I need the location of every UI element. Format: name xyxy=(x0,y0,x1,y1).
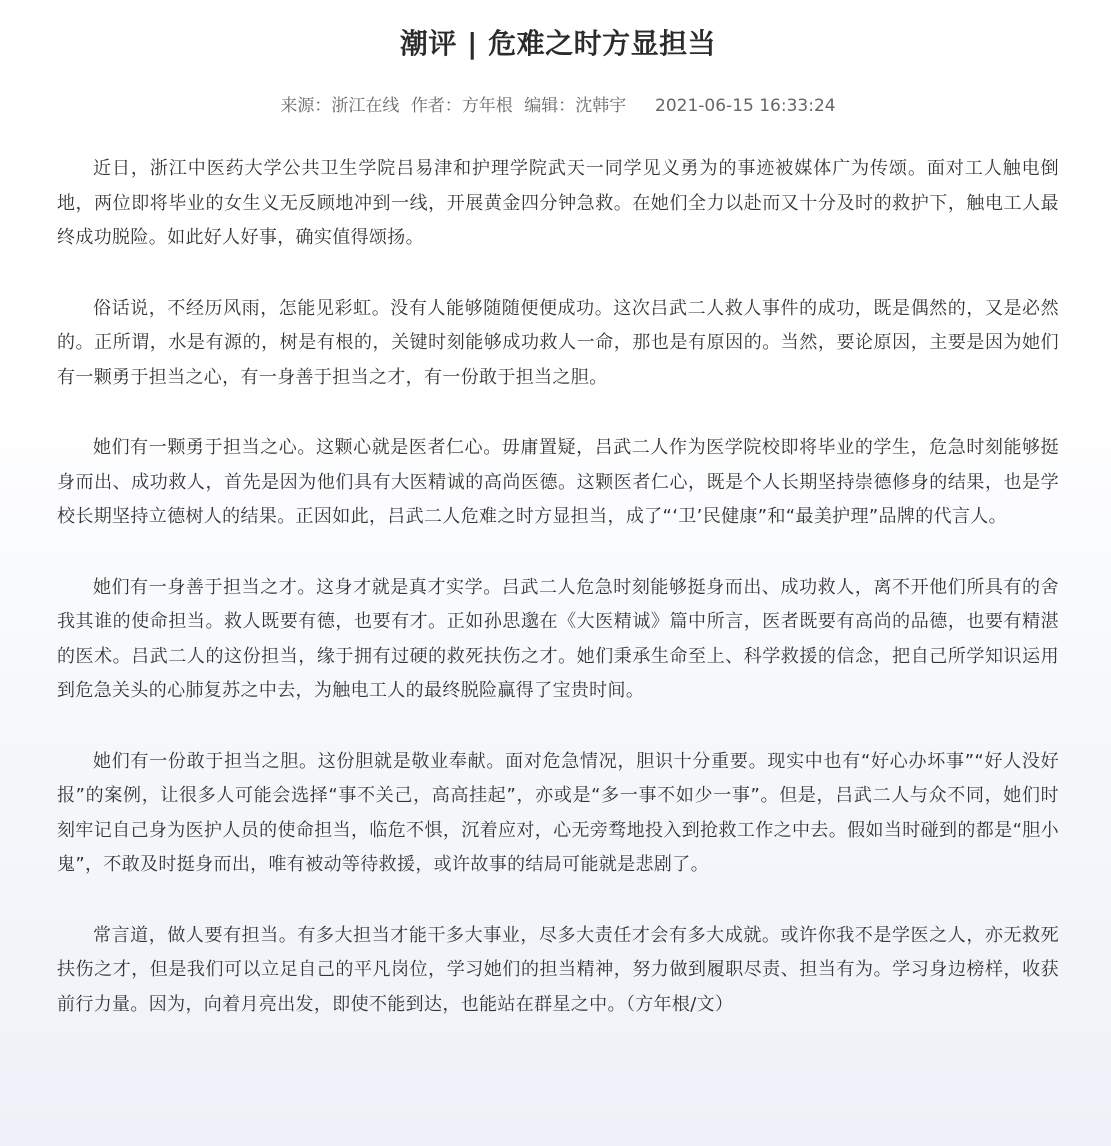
article-paragraph-6: 常言道，做人要有担当。有多大担当才能干多大事业，尽多大责任才会有多大成就。或许你… xyxy=(57,919,1059,1023)
article-paragraph-4: 她们有一身善于担当之才。这身才就是真才实学。吕武二人危急时刻能够挺身而出、成功救… xyxy=(57,571,1059,709)
meta-author-label: 作者： xyxy=(411,96,462,116)
meta-editor: 编辑：沈韩宇 xyxy=(524,96,626,116)
article-paragraph-5: 她们有一份敢于担当之胆。这份胆就是敬业奉献。面对危急情况，胆识十分重要。现实中也… xyxy=(57,745,1059,883)
article: 潮评 | 危难之时方显担当 来源：浙江在线 作者：方年根 编辑：沈韩宇 2021… xyxy=(0,0,1111,1022)
meta-source: 来源：浙江在线 xyxy=(280,96,399,116)
article-paragraph-1: 近日，浙江中医药大学公共卫生学院吕易津和护理学院武天一同学见义勇为的事迹被媒体广… xyxy=(57,152,1059,256)
meta-editor-value: 沈韩宇 xyxy=(575,96,626,116)
article-paragraph-3: 她们有一颗勇于担当之心。这颗心就是医者仁心。毋庸置疑，吕武二人作为医学院校即将毕… xyxy=(57,431,1059,535)
meta-editor-label: 编辑： xyxy=(524,96,575,116)
meta-datetime: 2021-06-15 16:33:24 xyxy=(655,96,836,116)
article-body: 近日，浙江中医药大学公共卫生学院吕易津和护理学院武天一同学见义勇为的事迹被媒体广… xyxy=(57,152,1059,1022)
article-title: 潮评 | 危难之时方显担当 xyxy=(57,0,1059,64)
meta-author-value: 方年根 xyxy=(462,96,513,116)
article-paragraph-2: 俗话说，不经历风雨，怎能见彩虹。没有人能够随随便便成功。这次吕武二人救人事件的成… xyxy=(57,292,1059,396)
meta-author: 作者：方年根 xyxy=(411,96,513,116)
meta-source-value: 浙江在线 xyxy=(331,96,399,116)
article-meta: 来源：浙江在线 作者：方年根 编辑：沈韩宇 2021-06-15 16:33:2… xyxy=(57,91,1059,121)
meta-source-label: 来源： xyxy=(280,96,331,116)
